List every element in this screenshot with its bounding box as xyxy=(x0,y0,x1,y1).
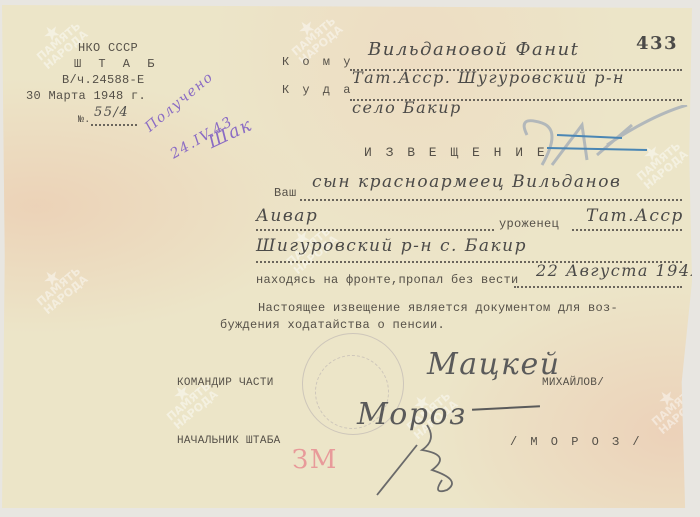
staff-label: Ш Т А Б xyxy=(74,57,159,71)
where-label: К у д а xyxy=(282,83,353,97)
document-date: 30 Марта 1948 г. xyxy=(26,89,146,103)
missing-dots xyxy=(514,286,682,288)
where-value-2: село Бакир xyxy=(352,98,462,117)
your-dots xyxy=(300,199,682,201)
born-value-2: Шигуровский р-н с. Бакир xyxy=(256,236,527,256)
watermark: ★ПАМЯТЬНАРОДА xyxy=(643,377,700,437)
number-dots xyxy=(91,124,137,126)
commander-name: МИХАЙЛОВ/ xyxy=(542,377,604,389)
commander-signature: Мацкей xyxy=(427,347,561,382)
to-label: К о м у xyxy=(282,55,353,69)
chief-name: / М О Р О З / xyxy=(510,435,643,449)
born-value: Тат.Асср xyxy=(586,206,684,226)
commander-signature-underline xyxy=(472,405,540,411)
missing-text: находясь на фронте,пропал без вести xyxy=(256,273,519,287)
notice-line-1: Настоящее извещение является документом … xyxy=(258,301,618,315)
archive-number: 433 xyxy=(636,33,678,54)
where-value-1: Тат.Асср. Шугуровский р-н xyxy=(352,68,625,87)
document-title: И З В Е Щ Е Н И Е xyxy=(364,145,548,160)
document-paper: ★ПАМЯТЬНАРОДА ★ПАМЯТЬНАРОДА ★ПАМЯТЬНАРОД… xyxy=(2,5,692,508)
to-value: Вильдановой Фаниt xyxy=(368,39,579,60)
unit-number: В/ч.24588-Е xyxy=(62,73,145,87)
born-dots xyxy=(572,229,682,231)
chief-signature-tail xyxy=(372,420,472,500)
your-value: сын красноармеец Вильданов xyxy=(312,172,621,192)
missing-date: 22 Августа 1942 xyxy=(536,261,700,280)
notice-line-2: буждения ходатайства о пенсии. xyxy=(220,318,445,332)
org-name: НКО СССР xyxy=(78,41,138,55)
chief-label: НАЧАЛЬНИК ШТАБА xyxy=(177,435,281,447)
number-value: 55/4 xyxy=(94,105,129,120)
your-label: Ваш xyxy=(274,186,297,200)
born-label: уроженец xyxy=(499,217,559,231)
commander-label: КОМАНДИР ЧАСТИ xyxy=(177,377,274,389)
watermark: ★ПАМЯТЬНАРОДА xyxy=(28,257,90,317)
name-value: Аивар xyxy=(256,206,318,226)
red-mark: ЗМ xyxy=(292,445,338,475)
number-label: №. xyxy=(78,115,91,126)
name-dots xyxy=(256,229,494,231)
